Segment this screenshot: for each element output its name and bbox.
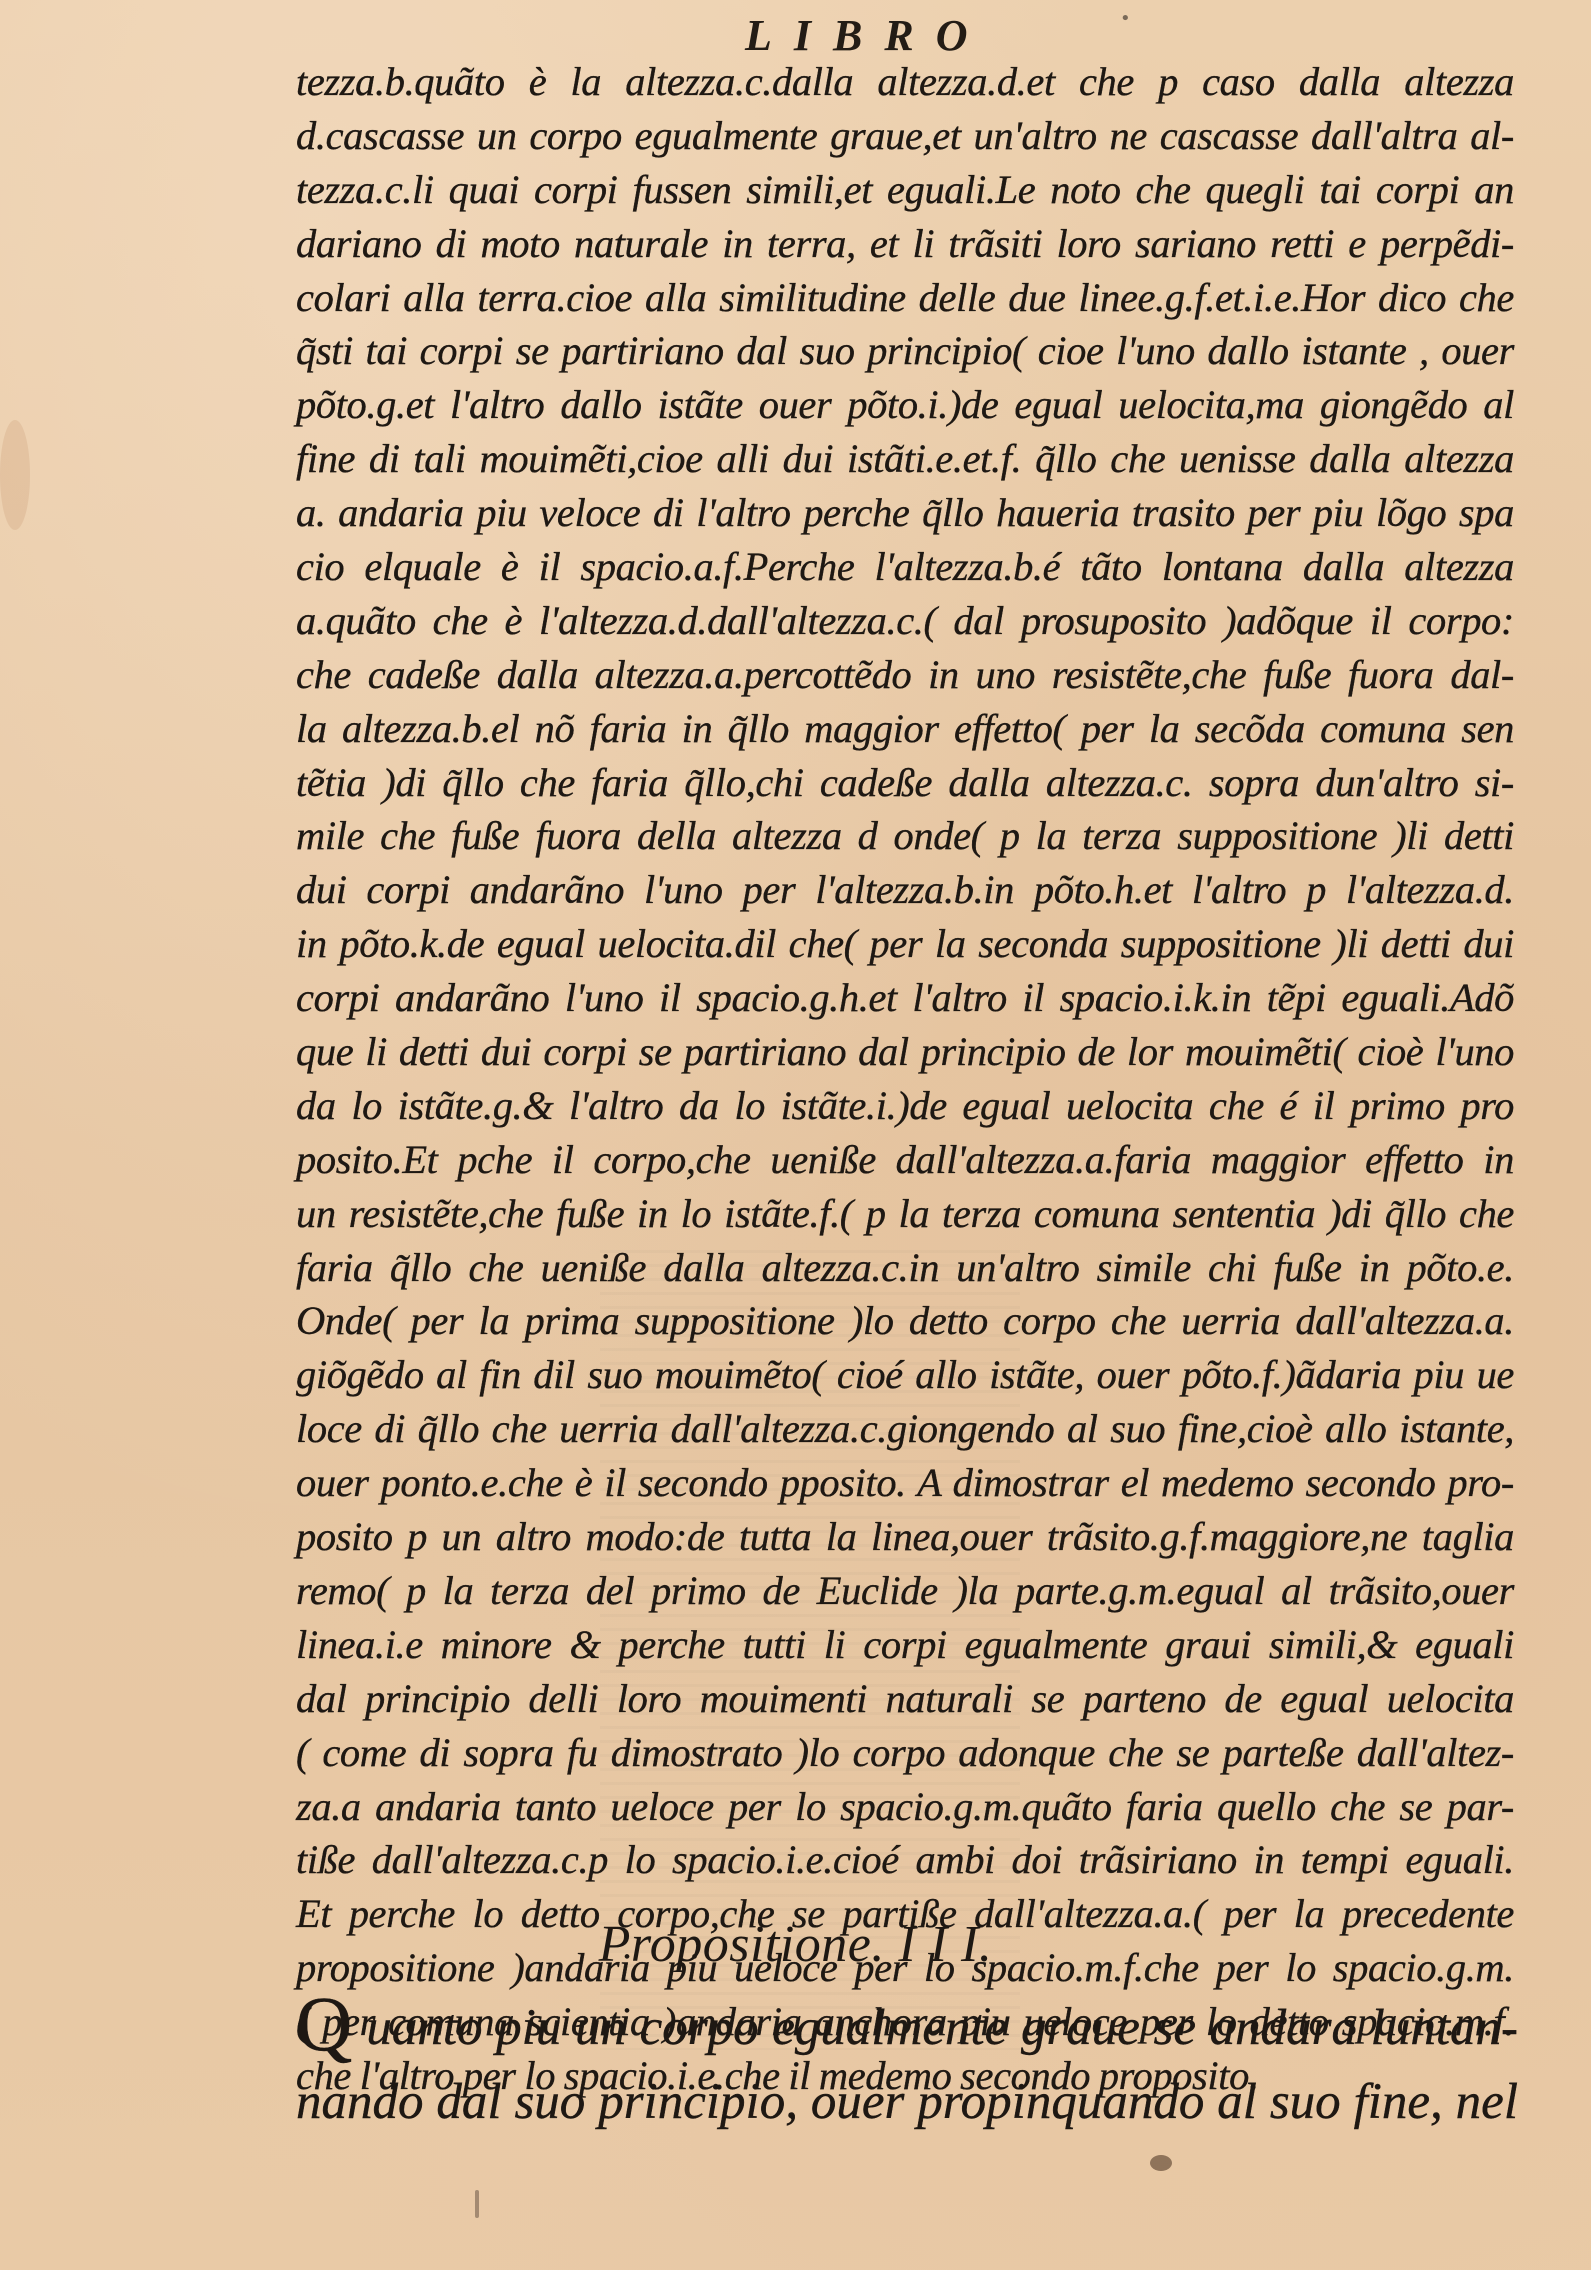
text-line: giõgẽdo al fin dil suo mouimẽto( cioé al… [296,1348,1514,1402]
text-line: da lo istãte.g.& l'altro da lo istãte.i.… [296,1079,1514,1133]
text-line: linea.i.e minore & perche tutti li corpi… [296,1618,1514,1672]
text-line: Onde( per la prima suppositione )lo dett… [296,1294,1514,1348]
text-line: dal principio delli loro mouimenti natur… [296,1672,1514,1726]
text-line: tẽtia )di q̃llo che faria q̃llo,chi cade… [296,756,1514,810]
text-line: tezza.b.quãto è la altezza.c.dalla altez… [296,55,1514,109]
text-line: mile che fuße fuora della altezza d onde… [296,809,1514,863]
text-line: a.quãto che è l'altezza.d.dall'altezza.c… [296,594,1514,648]
text-line: a. andaria piu veloce di l'altro perche … [296,486,1514,540]
text-line: colari alla terra.cioe alla similitudine… [296,271,1514,325]
text-line: remo( p la terza del primo de Euclide )l… [296,1564,1514,1618]
text-line: dui corpi andarãno l'uno per l'altezza.b… [296,863,1514,917]
text-line: la altezza.b.el nõ faria in q̃llo maggio… [296,702,1514,756]
text-line: tezza.c.li quai corpi fussen simili,et e… [296,163,1514,217]
text-line: dariano di moto naturale in terra, et li… [296,217,1514,271]
proposition-line: nando dal suo principio, ouer propinquan… [296,2063,1518,2141]
proposition-line: Quanto piu un corpo egualmente graue se … [296,1985,1518,2063]
text-line: posito.Et pche il corpo,che ueniße dall'… [296,1133,1514,1187]
proposition-text: Quanto piu un corpo egualmente graue se … [296,1985,1518,2141]
text-line: d.cascasse un corpo egualmente graue,et … [296,109,1514,163]
text-line: ouer ponto.e.che è il secondo pposito. A… [296,1456,1514,1510]
ink-blot [1150,2155,1172,2171]
text-line: che cadeße dalla altezza.a.percottẽdo in… [296,648,1514,702]
book-page: LIBRO • tezza.b.quãto è la altezza.c.dal… [0,0,1591,2270]
text-line: tiße dall'altezza.c.p lo spacio.i.e.cioé… [296,1833,1514,1887]
text-line: posito p un altro modo:de tutta la linea… [296,1510,1514,1564]
proposition-line-text: uanto piu un corpo egualmente graue se a… [366,2000,1518,2056]
text-line: corpi andarãno l'uno il spacio.g.h.et l'… [296,971,1514,1025]
paper-mark [475,2190,479,2218]
text-line: loce di q̃llo che uerria dall'altezza.c.… [296,1402,1514,1456]
text-line: in põto.k.de egual uelocita.dil che( per… [296,917,1514,971]
body-text: tezza.b.quãto è la altezza.c.dalla altez… [296,55,1514,2103]
text-line: un resistẽte,che fuße in lo istãte.f.( p… [296,1187,1514,1241]
text-line: fine di tali mouimẽti,cioe alli dui istã… [296,432,1514,486]
text-line: q̃sti tai corpi se partiriano dal suo pr… [296,324,1514,378]
text-line: za.a andaria tanto ueloce per lo spacio.… [296,1780,1514,1834]
proposition-heading: Propositione. I I I. [200,1910,1391,1980]
ink-speck: • [1120,8,1131,29]
initial-letter: Q [296,1980,352,2067]
text-line: cio elquale è il spacio.a.f.Perche l'alt… [296,540,1514,594]
text-line: que li detti dui corpi se partiriano dal… [296,1025,1514,1079]
text-line: faria q̃llo che ueniße dalla altezza.c.i… [296,1241,1514,1295]
paper-stain [0,420,30,530]
text-line: põto.g.et l'altro dallo istãte ouer põto… [296,378,1514,432]
text-line: ( come di sopra fu dimostrato )lo corpo … [296,1726,1514,1780]
